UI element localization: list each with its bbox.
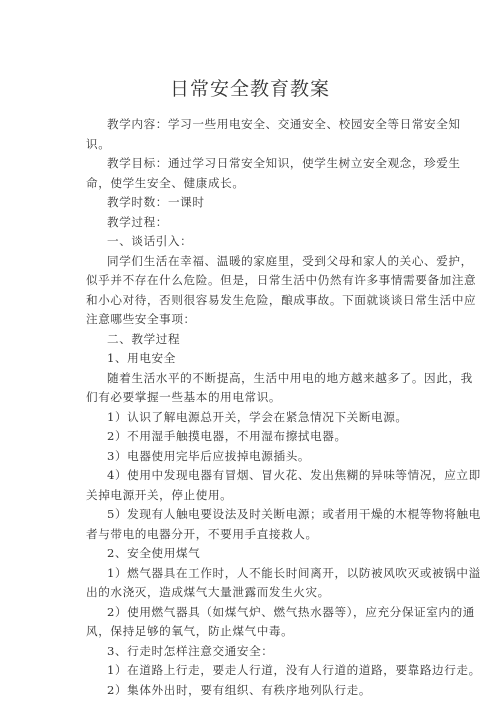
document-line: 者与带电的电器分开，不要用手直接救人。 <box>86 527 416 541</box>
document-line: 出的水浇灭，造成煤气大量泄露而发生火灾。 <box>86 585 416 599</box>
document-line: 3）电器使用完毕后应拔掉电源插头。 <box>107 449 417 463</box>
document-line: 注意哪些安全事项： <box>86 312 416 326</box>
document-title: 日常安全教育教案 <box>0 74 500 101</box>
document-line: 1）认识了解电源总开关，学会在紧急情况下关断电源。 <box>107 410 417 424</box>
document-line: 二、教学过程 <box>107 332 417 346</box>
document-line: 5）发现有人触电要设法及时关断电源；或者用干燥的木棍等物将触电 <box>107 507 417 521</box>
document-line: 命，使学生安全、健康成长。 <box>86 176 416 190</box>
document-line: 1、用电安全 <box>107 351 417 365</box>
document-line: 识。 <box>86 137 416 151</box>
document-line: 教学过程： <box>107 215 417 229</box>
document-line: 风，保持足够的氧气，防止煤气中毒。 <box>86 624 416 638</box>
document-line: 同学们生活在幸福、温暖的家庭里，受到父母和家人的关心、爱护， <box>107 254 417 268</box>
document-line: 教学目标：通过学习日常安全知识，使学生树立安全观念，珍爱生 <box>107 156 417 170</box>
document-line: 3、行走时怎样注意交通安全： <box>107 644 417 658</box>
document-line: 关掉电源开关，停止使用。 <box>86 488 416 502</box>
document-line: 2）使用燃气器具（如煤气炉、燃气热水器等），应充分保证室内的通 <box>107 605 417 619</box>
document-line: 们有必要掌握一些基本的用电常识。 <box>86 390 416 404</box>
document-line: 一、谈话引入： <box>107 234 417 248</box>
document-line: 2）不用湿手触摸电器，不用湿布擦拭电器。 <box>107 429 417 443</box>
document-line: 随着生活水平的不断提高，生活中用电的地方越来越多了。因此，我 <box>107 371 417 385</box>
document-line: 教学内容：学习一些用电安全、交通安全、校园安全等日常安全知 <box>107 117 417 131</box>
document-line: 2）集体外出时，要有组织、有秩序地列队行走。 <box>107 683 417 697</box>
document-line: 似乎并不存在什么危险。但是，日常生活中仍然有许多事情需要备加注意 <box>86 273 416 287</box>
document-page: 日常安全教育教案 教学内容：学习一些用电安全、交通安全、校园安全等日常安全知识。… <box>0 0 500 707</box>
document-line: 2、安全使用煤气 <box>107 546 417 560</box>
document-line: 4）使用中发现电器有冒烟、冒火花、发出焦糊的异味等情况，应立即 <box>107 468 417 482</box>
document-line: 1）在道路上行走，要走人行道，没有人行道的道路，要靠路边行走。 <box>107 663 417 677</box>
document-line: 教学时数：一课时 <box>107 195 417 209</box>
document-line: 和小心对待，否则很容易发生危险，酿成事故。下面就谈谈日常生活中应 <box>86 293 416 307</box>
document-line: 1）燃气器具在工作时，人不能长时间离开，以防被风吹灭或被锅中溢 <box>107 566 417 580</box>
